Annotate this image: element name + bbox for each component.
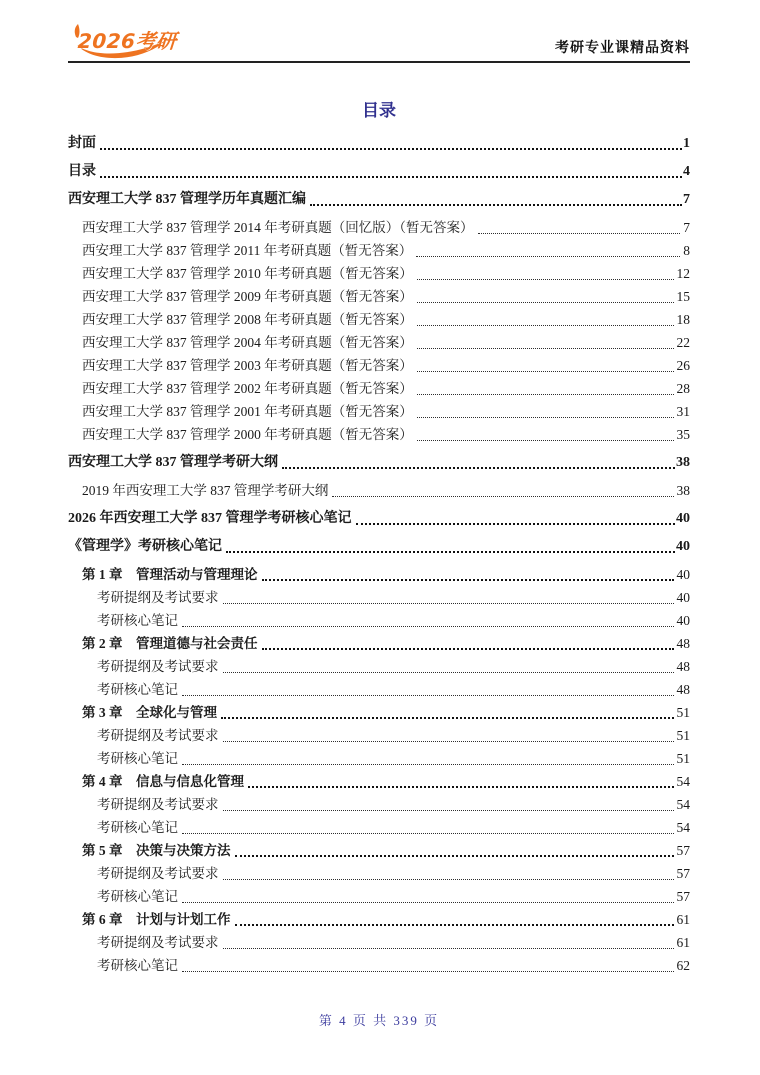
toc-leader-dots	[182, 902, 674, 903]
toc-item-label: 《管理学》考研核心笔记	[68, 535, 222, 558]
toc-item-label: 第 5 章 决策与决策方法	[82, 839, 231, 862]
toc-item-label: 第 6 章 计划与计划工作	[82, 908, 231, 931]
toc-item-page: 38	[676, 451, 690, 474]
toc-item-label: 考研提纲及考试要求	[97, 793, 219, 816]
toc-item-label: 考研核心笔记	[97, 747, 178, 770]
toc-item-label: 西安理工大学 837 管理学 2000 年考研真题（暂无答案）	[82, 423, 413, 446]
toc-leader-dots	[223, 603, 674, 604]
toc-leader-dots	[100, 176, 682, 178]
toc-item-page: 38	[677, 479, 691, 502]
page-title: 目录	[68, 96, 690, 121]
toc-item-label: 第 4 章 信息与信息化管理	[82, 770, 244, 793]
toc-leader-dots	[332, 496, 673, 497]
toc-item[interactable]: 考研提纲及考试要求54	[68, 793, 690, 816]
toc-item[interactable]: 2026 年西安理工大学 837 管理学考研核心笔记40	[68, 507, 690, 530]
toc-item-label: 西安理工大学 837 管理学 2004 年考研真题（暂无答案）	[82, 331, 413, 354]
toc-leader-dots	[235, 855, 674, 857]
toc-item-label: 考研提纲及考试要求	[97, 586, 219, 609]
toc-item-label: 考研核心笔记	[97, 609, 178, 632]
toc-item-label: 西安理工大学 837 管理学 2011 年考研真题（暂无答案）	[82, 239, 412, 262]
toc-leader-dots	[226, 551, 675, 553]
toc-item-label: 第 3 章 全球化与管理	[82, 701, 217, 724]
toc-item-label: 考研核心笔记	[97, 816, 178, 839]
toc-item-page: 48	[677, 655, 691, 678]
toc-item-label: 考研提纲及考试要求	[97, 862, 219, 885]
toc-leader-dots	[262, 579, 674, 581]
toc-leader-dots	[417, 371, 674, 372]
toc-item[interactable]: 西安理工大学 837 管理学 2008 年考研真题（暂无答案）18	[68, 308, 690, 331]
toc-item[interactable]: 考研核心笔记57	[68, 885, 690, 908]
toc-item[interactable]: 西安理工大学 837 管理学历年真题汇编7	[68, 188, 690, 211]
toc-item-page: 35	[677, 423, 691, 446]
toc-item[interactable]: 考研核心笔记54	[68, 816, 690, 839]
toc-leader-dots	[417, 394, 674, 395]
toc-item[interactable]: 考研核心笔记62	[68, 954, 690, 977]
toc-item[interactable]: 西安理工大学 837 管理学 2003 年考研真题（暂无答案）26	[68, 354, 690, 377]
toc-item-label: 第 1 章 管理活动与管理理论	[82, 563, 258, 586]
toc-item-page: 8	[683, 239, 690, 262]
toc-item-label: 西安理工大学 837 管理学 2001 年考研真题（暂无答案）	[82, 400, 413, 423]
toc-leader-dots	[478, 233, 681, 234]
toc-item-label: 考研提纲及考试要求	[97, 655, 219, 678]
toc-item-page: 7	[683, 216, 690, 239]
toc-item[interactable]: 第 1 章 管理活动与管理理论40	[68, 563, 690, 586]
toc-leader-dots	[417, 279, 674, 280]
toc-item-page: 40	[677, 563, 691, 586]
toc-leader-dots	[223, 948, 674, 949]
toc-item-label: 西安理工大学 837 管理学历年真题汇编	[68, 188, 306, 211]
toc-item-page: 28	[677, 377, 691, 400]
toc-item-page: 1	[683, 132, 690, 155]
toc-item-label: 西安理工大学 837 管理学 2009 年考研真题（暂无答案）	[82, 285, 413, 308]
brand-logo: 2026考研	[68, 24, 208, 58]
toc-item-page: 40	[676, 507, 690, 530]
toc-item-page: 54	[677, 793, 691, 816]
toc-item[interactable]: 西安理工大学 837 管理学 2002 年考研真题（暂无答案）28	[68, 377, 690, 400]
toc-leader-dots	[310, 204, 682, 206]
toc-item[interactable]: 第 2 章 管理道德与社会责任48	[68, 632, 690, 655]
toc-item-label: 封面	[68, 132, 96, 155]
toc-item-page: 57	[677, 862, 691, 885]
toc-item-label: 考研核心笔记	[97, 678, 178, 701]
toc-leader-dots	[223, 672, 674, 673]
toc-item[interactable]: 考研提纲及考试要求61	[68, 931, 690, 954]
toc-item[interactable]: 第 6 章 计划与计划工作61	[68, 908, 690, 931]
toc-leader-dots	[221, 717, 674, 719]
toc-item-page: 57	[677, 885, 691, 908]
toc-leader-dots	[235, 924, 674, 926]
toc-item-label: 西安理工大学 837 管理学 2003 年考研真题（暂无答案）	[82, 354, 413, 377]
toc-leader-dots	[182, 626, 674, 627]
toc-leader-dots	[417, 325, 674, 326]
toc-leader-dots	[417, 348, 674, 349]
toc-item[interactable]: 第 3 章 全球化与管理51	[68, 701, 690, 724]
toc-item-page: 48	[677, 632, 691, 655]
toc-item[interactable]: 考研提纲及考试要求57	[68, 862, 690, 885]
toc-item-label: 考研核心笔记	[97, 954, 178, 977]
toc-list: 封面1目录4西安理工大学 837 管理学历年真题汇编7西安理工大学 837 管理…	[68, 132, 690, 977]
toc-item[interactable]: 西安理工大学 837 管理学考研大纲38	[68, 451, 690, 474]
toc-leader-dots	[182, 764, 674, 765]
toc-item-label: 考研核心笔记	[97, 885, 178, 908]
toc-item-page: 51	[677, 747, 691, 770]
toc-item[interactable]: 第 5 章 决策与决策方法57	[68, 839, 690, 862]
toc-item-label: 2026 年西安理工大学 837 管理学考研核心笔记	[68, 507, 352, 530]
toc-item[interactable]: 目录4	[68, 160, 690, 183]
toc-item[interactable]: 2019 年西安理工大学 837 管理学考研大纲38	[68, 479, 690, 502]
logo-text: 2026考研	[77, 25, 178, 54]
toc-leader-dots	[248, 786, 674, 788]
toc-item-page: 61	[677, 931, 691, 954]
toc-item-label: 第 2 章 管理道德与社会责任	[82, 632, 258, 655]
toc-item-label: 目录	[68, 160, 96, 183]
toc-item-page: 48	[677, 678, 691, 701]
toc-item-page: 12	[677, 262, 691, 285]
toc-item-page: 31	[677, 400, 691, 423]
toc-item-label: 西安理工大学 837 管理学 2008 年考研真题（暂无答案）	[82, 308, 413, 331]
toc-leader-dots	[223, 879, 674, 880]
toc-item-page: 54	[677, 770, 691, 793]
toc-item-page: 7	[683, 188, 690, 211]
toc-item[interactable]: 《管理学》考研核心笔记40	[68, 535, 690, 558]
toc-item-label: 考研提纲及考试要求	[97, 931, 219, 954]
toc-item[interactable]: 考研提纲及考试要求40	[68, 586, 690, 609]
toc-item[interactable]: 考研核心笔记48	[68, 678, 690, 701]
toc-leader-dots	[182, 833, 674, 834]
toc-leader-dots	[223, 810, 674, 811]
toc-item-page: 62	[677, 954, 691, 977]
toc-item-page: 40	[677, 609, 691, 632]
toc-leader-dots	[417, 302, 674, 303]
toc-item-page: 57	[677, 839, 691, 862]
toc-item-page: 18	[677, 308, 691, 331]
toc-leader-dots	[282, 467, 675, 469]
toc-leader-dots	[182, 695, 674, 696]
toc-item-label: 2019 年西安理工大学 837 管理学考研大纲	[82, 479, 328, 502]
toc-item[interactable]: 西安理工大学 837 管理学 2011 年考研真题（暂无答案）8	[68, 239, 690, 262]
toc-item-page: 40	[676, 535, 690, 558]
document-page: 2026考研 考研专业课精品资料 目录 封面1目录4西安理工大学 837 管理学…	[0, 0, 760, 1075]
toc-item-page: 26	[677, 354, 691, 377]
toc-item-label: 西安理工大学 837 管理学考研大纲	[68, 451, 278, 474]
toc-item-page: 51	[677, 701, 691, 724]
toc-leader-dots	[100, 148, 682, 150]
toc-item[interactable]: 西安理工大学 837 管理学 2004 年考研真题（暂无答案）22	[68, 331, 690, 354]
toc-item[interactable]: 西安理工大学 837 管理学 2001 年考研真题（暂无答案）31	[68, 400, 690, 423]
toc-leader-dots	[416, 256, 680, 257]
toc-item-label: 西安理工大学 837 管理学 2002 年考研真题（暂无答案）	[82, 377, 413, 400]
toc-leader-dots	[417, 440, 674, 441]
toc-item[interactable]: 西安理工大学 837 管理学 2014 年考研真题（回忆版）（暂无答案）7	[68, 216, 690, 239]
toc-item[interactable]: 封面1	[68, 132, 690, 155]
toc-item-label: 西安理工大学 837 管理学 2010 年考研真题（暂无答案）	[82, 262, 413, 285]
toc-leader-dots	[223, 741, 674, 742]
toc-item[interactable]: 西安理工大学 837 管理学 2009 年考研真题（暂无答案）15	[68, 285, 690, 308]
toc-leader-dots	[182, 971, 674, 972]
toc-item[interactable]: 西安理工大学 837 管理学 2010 年考研真题（暂无答案）12	[68, 262, 690, 285]
toc-item-page: 22	[677, 331, 691, 354]
toc-leader-dots	[262, 648, 674, 650]
toc-item-page: 40	[677, 586, 691, 609]
toc-item-label: 西安理工大学 837 管理学 2014 年考研真题（回忆版）（暂无答案）	[82, 216, 474, 239]
toc-item[interactable]: 考研核心笔记40	[68, 609, 690, 632]
page-header: 2026考研 考研专业课精品资料	[68, 24, 690, 63]
toc-item-page: 61	[677, 908, 691, 931]
page-footer-pagination: 第 4 页 共 339 页	[68, 1010, 690, 1029]
toc-item-page: 15	[677, 285, 691, 308]
toc-leader-dots	[417, 417, 674, 418]
toc-item[interactable]: 第 4 章 信息与信息化管理54	[68, 770, 690, 793]
toc-item[interactable]: 考研提纲及考试要求51	[68, 724, 690, 747]
toc-item[interactable]: 考研核心笔记51	[68, 747, 690, 770]
toc-leader-dots	[356, 523, 676, 525]
header-tagline: 考研专业课精品资料	[555, 37, 690, 58]
toc-item-page: 4	[683, 160, 690, 183]
toc-item[interactable]: 西安理工大学 837 管理学 2000 年考研真题（暂无答案）35	[68, 423, 690, 446]
toc-item-label: 考研提纲及考试要求	[97, 724, 219, 747]
toc-item-page: 51	[677, 724, 691, 747]
toc-item[interactable]: 考研提纲及考试要求48	[68, 655, 690, 678]
toc-item-page: 54	[677, 816, 691, 839]
